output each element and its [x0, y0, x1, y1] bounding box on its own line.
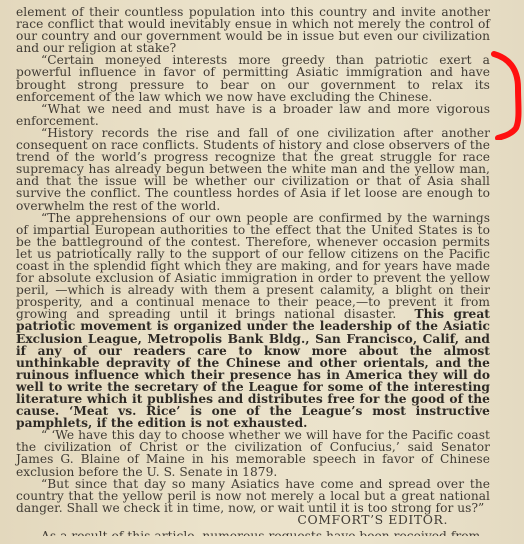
- cut-off-line: As a result of this article, numerous re…: [16, 530, 490, 536]
- paragraph-5-regular: “The apprehensions of our own people are…: [16, 211, 490, 322]
- paragraph-6: “ ‘We have this day to choose whether we…: [16, 429, 490, 477]
- paragraph-3: “What we need and must have is a broader…: [16, 103, 490, 127]
- paragraph-2: “Certain moneyed interests more greedy t…: [16, 54, 490, 102]
- paragraph-1: element of their countless population in…: [16, 6, 490, 54]
- scanned-page: element of their countless population in…: [0, 0, 524, 544]
- paragraph-5: “The apprehensions of our own people are…: [16, 212, 490, 430]
- paragraph-5-bold: This great patriotic movement is organiz…: [16, 307, 490, 430]
- red-bracket-annotation: [490, 48, 524, 140]
- paragraph-4: “History records the rise and fall of on…: [16, 127, 490, 212]
- signature: COMFORT’S EDITOR.: [16, 514, 490, 526]
- article-column: element of their countless population in…: [16, 6, 490, 534]
- paragraph-7: “But since that day so many Asiatics hav…: [16, 478, 490, 514]
